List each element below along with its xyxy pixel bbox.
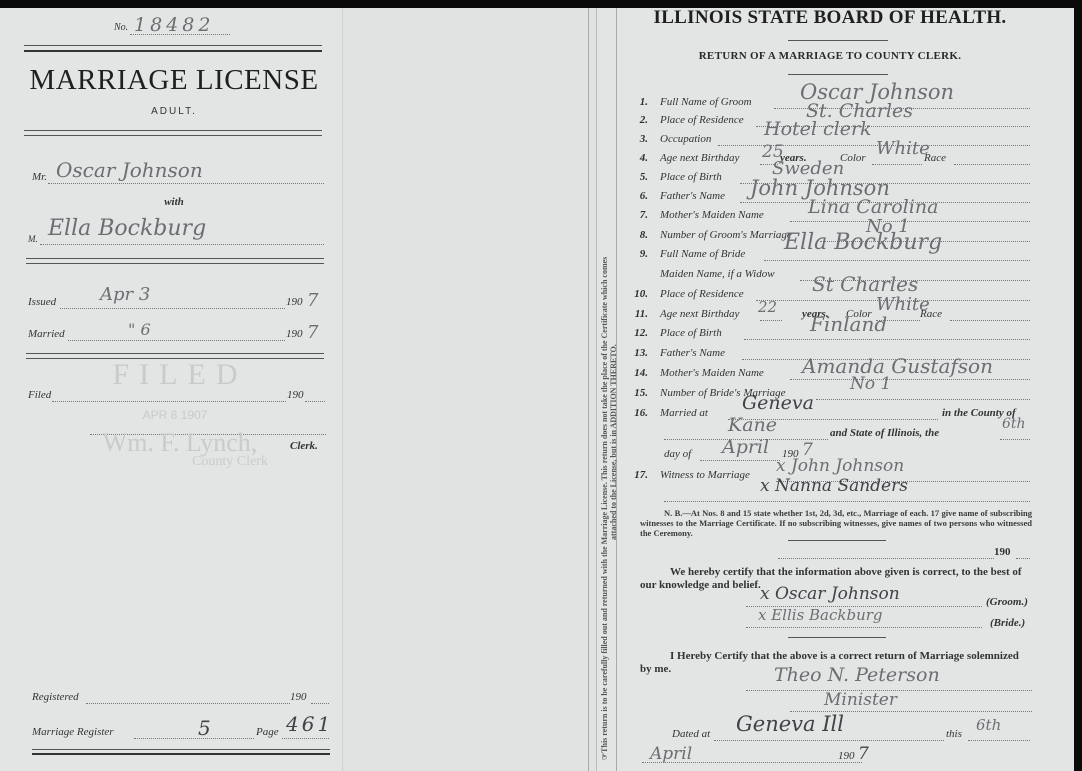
groom-color-value: White xyxy=(876,138,930,159)
issued-year-digit: 7 xyxy=(307,290,318,311)
bride-age-value: 22 xyxy=(758,298,777,316)
state-label: and State of Illinois, the xyxy=(830,427,939,439)
married-year-digit: 7 xyxy=(307,322,318,343)
license-subtitle: ADULT. xyxy=(24,106,324,117)
issued-value: Apr 3 xyxy=(100,284,150,305)
issued-label: Issued xyxy=(28,296,56,308)
married-month-value: April xyxy=(722,436,769,458)
bride-sign-label: (Bride.) xyxy=(990,617,1025,629)
groom-residence-label: Place of Residence xyxy=(660,114,744,126)
marriage-license-page: No. 18482 MARRIAGE LICENSE ADULT. Mr. Os… xyxy=(0,8,342,771)
groom-marriage-number-label: Number of Groom's Marriage xyxy=(660,229,792,241)
married-day-value: 6th xyxy=(1002,416,1026,432)
filed-label: Filed xyxy=(28,389,51,401)
with-label: with xyxy=(24,196,324,208)
license-number-label: No. xyxy=(114,22,128,33)
register-value: 5 xyxy=(198,716,211,740)
married-at-value: Geneva xyxy=(742,392,814,414)
registered-label: Registered xyxy=(32,691,79,703)
groom-name-label: Full Name of Groom xyxy=(660,96,752,108)
groom-father-label: Father's Name xyxy=(660,190,725,202)
license-title: MARRIAGE LICENSE xyxy=(24,64,324,97)
register-label: Marriage Register xyxy=(32,726,114,738)
return-subtitle: RETURN OF A MARRIAGE TO COUNTY CLERK. xyxy=(620,50,1040,62)
groom-signature: x Oscar Johnson xyxy=(760,584,900,604)
clerk-label: Clerk. xyxy=(290,440,318,452)
bride-birthplace-value: Finland xyxy=(810,312,887,336)
page-value: 461 xyxy=(286,712,333,736)
groom-mother-value: Lina Carolina xyxy=(808,196,938,218)
bride-marriage-number-value: No 1 xyxy=(850,374,891,394)
groom-mother-label: Mother's Maiden Name xyxy=(660,209,764,221)
bride-name: Ella Bockburg xyxy=(48,216,206,241)
side-instruction-note: ☞This return is to be carefully filled o… xyxy=(600,20,620,760)
filed-year-prefix: 190 xyxy=(287,389,304,401)
stamp-title: County Clerk xyxy=(160,454,300,470)
married-year-prefix: 190 xyxy=(286,328,303,340)
certify-year-prefix: 190 xyxy=(994,546,1011,558)
page-label: Page xyxy=(256,726,279,738)
blank-fold-area xyxy=(342,8,597,771)
side-note-line2: attached to the License, but is in ADDIT… xyxy=(609,20,618,760)
occupation-value: Hotel clerk xyxy=(764,118,872,140)
occupation-label: Occupation xyxy=(660,133,711,145)
dated-at-label: Dated at xyxy=(672,728,710,740)
bride-age-label: Age next Birthday xyxy=(660,308,739,320)
widow-maiden-label: Maiden Name, if a Widow xyxy=(660,268,775,280)
registered-year-prefix: 190 xyxy=(290,691,307,703)
married-label: Married xyxy=(28,328,65,340)
bride-residence-value: St Charles xyxy=(812,272,918,296)
witness-1-value: x John Johnson xyxy=(776,456,904,476)
dated-month: April xyxy=(650,744,692,764)
groom-name: Oscar Johnson xyxy=(56,158,203,182)
day-of-label: day of xyxy=(664,448,691,460)
bride-name-label: Full Name of Bride xyxy=(660,248,745,260)
married-value: " 6 xyxy=(128,320,151,339)
dated-at-value: Geneva Ill xyxy=(736,712,844,736)
bride-name-value: Ella Bockburg xyxy=(784,230,942,255)
m-label: M. xyxy=(28,234,38,244)
groom-birthplace-label: Place of Birth xyxy=(660,171,722,183)
witness-label: Witness to Marriage xyxy=(660,469,750,481)
bride-birthplace-label: Place of Birth xyxy=(660,327,722,339)
this-label: this xyxy=(946,728,962,740)
bride-mother-label: Mother's Maiden Name xyxy=(660,367,764,379)
bride-signature: x Ellis Backburg xyxy=(758,606,883,624)
stamp-date: APR 8 1907 xyxy=(100,408,250,422)
bride-residence-label: Place of Residence xyxy=(660,288,744,300)
board-title: ILLINOIS STATE BOARD OF HEALTH. xyxy=(620,7,1040,29)
bride-mother-value: Amanda Gustafson xyxy=(802,354,993,378)
mr-label: Mr. xyxy=(32,171,47,183)
stamp-filed: FILED xyxy=(70,358,290,392)
bride-father-label: Father's Name xyxy=(660,347,725,359)
groom-sign-label: (Groom.) xyxy=(986,596,1028,608)
nb-instructions: N. B.—At Nos. 8 and 15 state whether 1st… xyxy=(640,508,1032,538)
dated-year-digit: 7 xyxy=(858,744,869,764)
groom-age-label: Age next Birthday xyxy=(660,152,739,164)
side-note-line1: ☞This return is to be carefully filled o… xyxy=(600,20,609,760)
officiant-title: Minister xyxy=(824,690,897,710)
license-number-value: 18482 xyxy=(134,14,214,36)
married-at-label: Married at xyxy=(660,407,708,419)
witness-2-value: x Nanna Sanders xyxy=(760,476,908,496)
officiant-signature: Theo N. Peterson xyxy=(774,664,940,686)
issued-year-prefix: 190 xyxy=(286,296,303,308)
right-border xyxy=(1074,8,1082,771)
county-value: Kane xyxy=(728,414,777,436)
this-day-value: 6th xyxy=(976,716,1001,734)
